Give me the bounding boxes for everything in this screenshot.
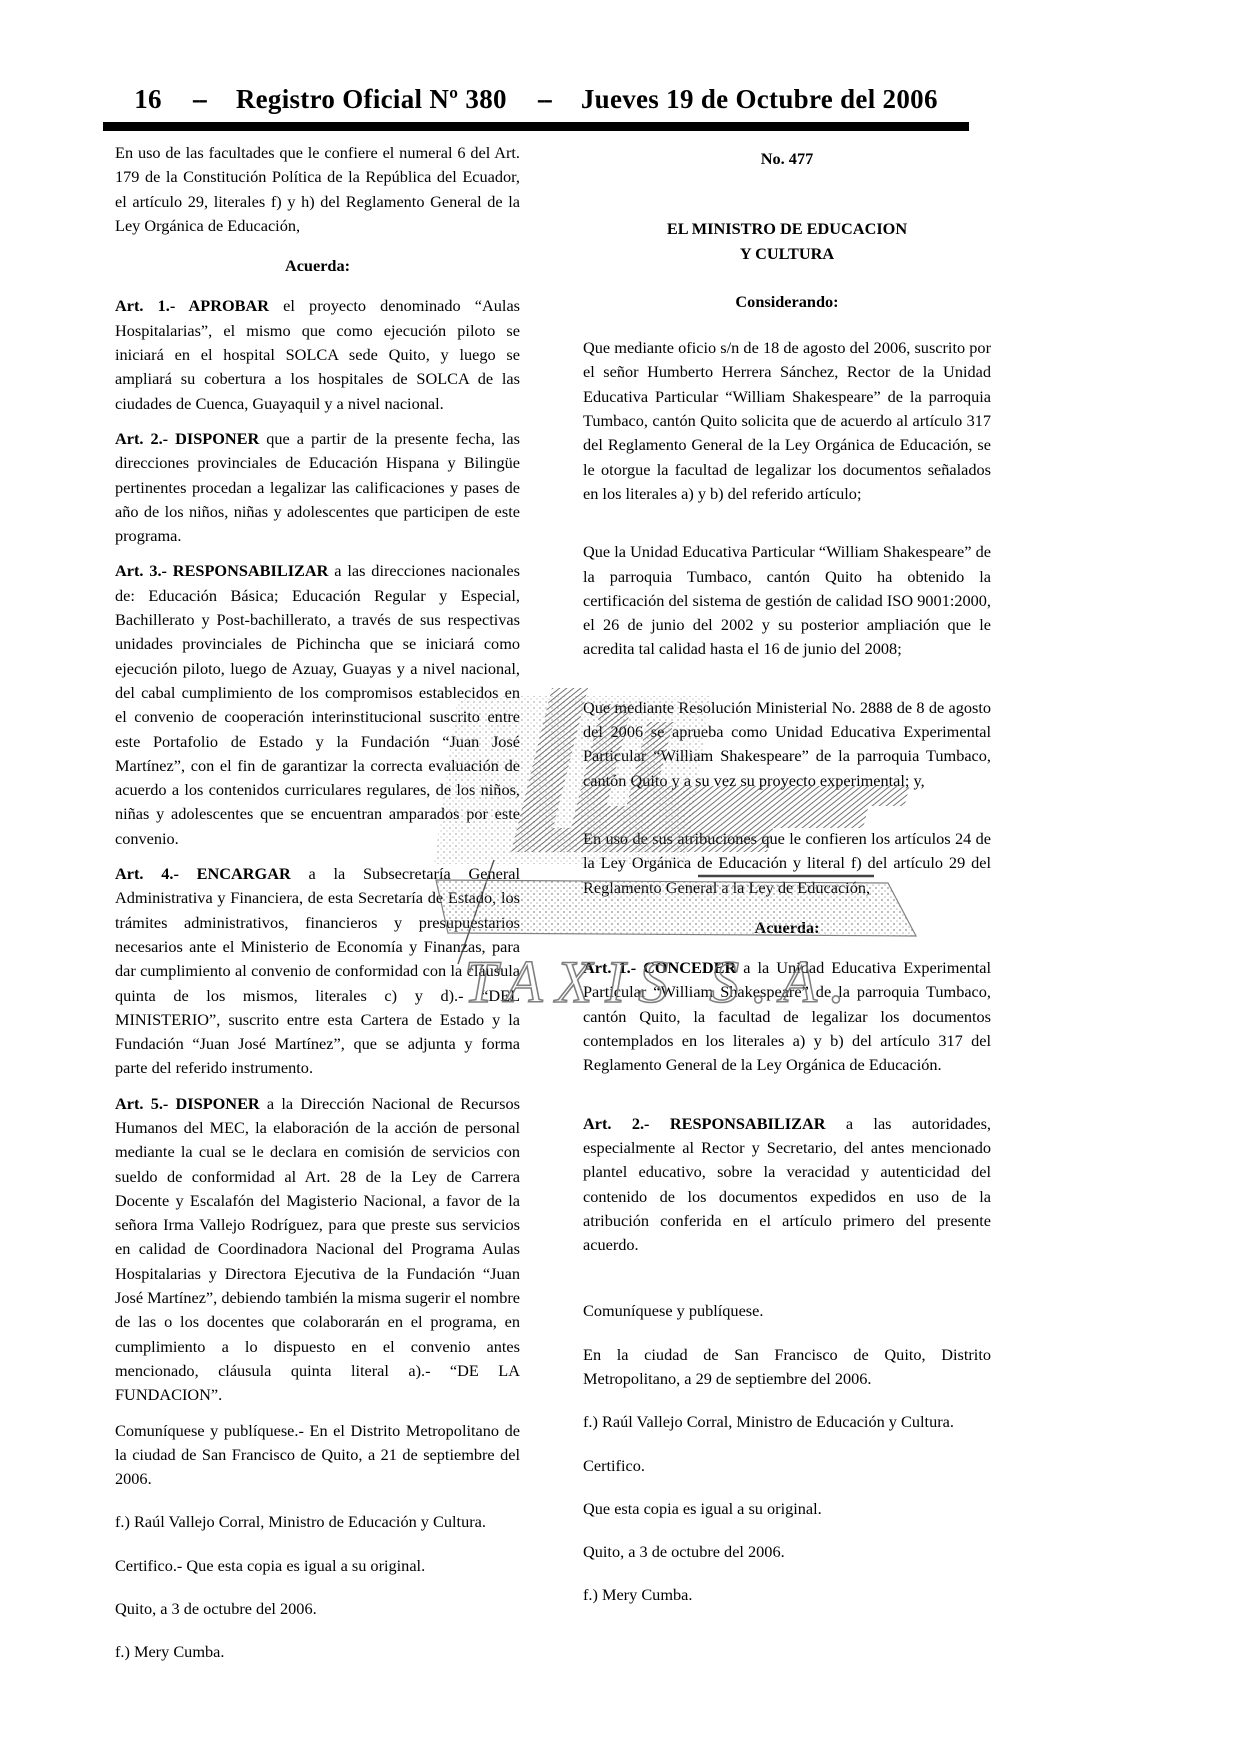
left-column: En uso de las facultades que le confiere… (115, 141, 520, 1684)
recital-paragraph: Que mediante Resolución Ministerial No. … (583, 696, 991, 793)
article-paragraph: Art. 4.- ENCARGAR a la Subsecretaría Gen… (115, 862, 520, 1081)
signature-line: f.) Mery Cumba. (115, 1640, 520, 1664)
date-line: Quito, a 3 de octubre del 2006. (583, 1540, 991, 1564)
recital-paragraph: En uso de sus atribuciones que le confie… (583, 827, 991, 900)
date-line: Quito, a 3 de octubre del 2006. (115, 1597, 520, 1621)
article-paragraph: Art. 3.- RESPONSABILIZAR a las direccion… (115, 559, 520, 851)
acuerda-heading: Acuerda: (115, 254, 520, 278)
certification-line: Certifico.- Que esta copia es igual a su… (115, 1554, 520, 1578)
recital-paragraph: Que la Unidad Educativa Particular “Will… (583, 540, 991, 661)
article-label: Art. 2.- RESPONSABILIZAR (583, 1114, 825, 1133)
article-text: a las autoridades, especialmente al Rect… (583, 1114, 991, 1254)
authority-line: EL MINISTRO DE EDUCACION (667, 219, 907, 238)
right-column: No. 477 EL MINISTRO DE EDUCACION Y CULTU… (583, 141, 991, 1627)
article-paragraph: Art. 1.- CONCEDER a la Unidad Educativa … (583, 956, 991, 1077)
certification-line: Que esta copia es igual a su original. (583, 1497, 991, 1521)
article-label: Art. 2.- DISPONER (115, 429, 259, 448)
authority-line: Y CULTURA (740, 244, 834, 263)
signature-line: f.) Raúl Vallejo Corral, Ministro de Edu… (583, 1410, 991, 1434)
acuerda-heading: Acuerda: (583, 916, 991, 940)
decree-number: No. 477 (583, 147, 991, 171)
article-label: Art. 1.- CONCEDER (583, 958, 736, 977)
publication-title: Registro Oficial Nº 380 (236, 84, 507, 115)
article-paragraph: Art. 2.- RESPONSABILIZAR a las autoridad… (583, 1112, 991, 1258)
recital-paragraph: Que mediante oficio s/n de 18 de agosto … (583, 336, 991, 506)
page-number: 16 (134, 84, 162, 115)
article-text: a la Dirección Nacional de Recursos Huma… (115, 1094, 520, 1405)
authority-heading: EL MINISTRO DE EDUCACION Y CULTURA (583, 217, 991, 266)
article-label: Art. 3.- RESPONSABILIZAR (115, 561, 328, 580)
article-label: Art. 4.- ENCARGAR (115, 864, 291, 883)
closing-line: Comuníquese y publíquese.- En el Distrit… (115, 1419, 520, 1492)
page-header: 16 -- Registro Oficial Nº 380 -- Jueves … (103, 84, 969, 115)
intro-paragraph: En uso de las facultades que le confiere… (115, 141, 520, 238)
header-separator: -- (192, 84, 206, 115)
signature-line: f.) Mery Cumba. (583, 1583, 991, 1607)
article-paragraph: Art. 1.- APROBAR el proyecto denominado … (115, 294, 520, 415)
header-rule (103, 122, 969, 131)
signature-line: f.) Raúl Vallejo Corral, Ministro de Edu… (115, 1510, 520, 1534)
article-text: a la Subsecretaría General Administrativ… (115, 864, 520, 1077)
article-label: Art. 5.- DISPONER (115, 1094, 260, 1113)
article-paragraph: Art. 2.- DISPONER que a partir de la pre… (115, 427, 520, 548)
article-paragraph: Art. 5.- DISPONER a la Dirección Naciona… (115, 1092, 520, 1408)
publication-date: Jueves 19 de Octubre del 2006 (581, 84, 938, 115)
document-page: 16 -- Registro Oficial Nº 380 -- Jueves … (0, 0, 1240, 1754)
article-label: Art. 1.- APROBAR (115, 296, 269, 315)
closing-line: En la ciudad de San Francisco de Quito, … (583, 1343, 991, 1392)
certification-line: Certifico. (583, 1454, 991, 1478)
closing-line: Comuníquese y publíquese. (583, 1299, 991, 1323)
header-separator: -- (537, 84, 551, 115)
considerando-heading: Considerando: (583, 290, 991, 314)
article-text: a las direcciones nacionales de: Educaci… (115, 561, 520, 847)
